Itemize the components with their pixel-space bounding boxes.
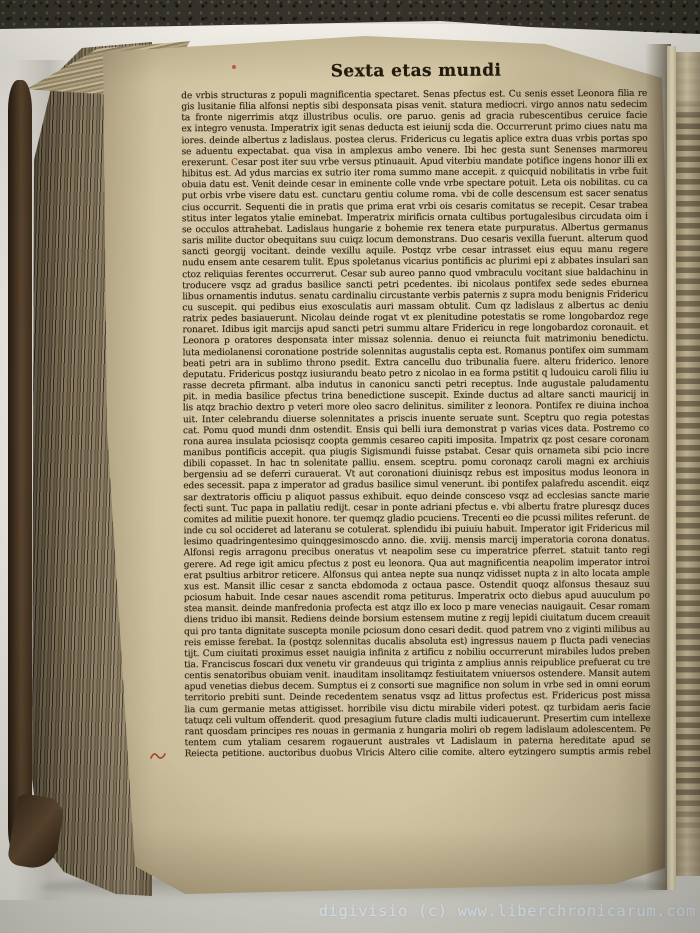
body-text: de vrbis structuras z populi magnificent… (181, 89, 650, 761)
digitizer-watermark: digivisio (c) www.liberchronicarum.com (319, 902, 696, 920)
recto-page-text-edge (676, 52, 700, 876)
leather-spine (8, 80, 32, 858)
rubricated-capital: C (231, 158, 238, 168)
photo-of-open-incunabulum: { "scene": { "watermark": "digivisio (c)… (0, 0, 700, 933)
red-ink-speck (232, 65, 236, 69)
curled-page-edge (667, 46, 676, 890)
page-header: Sexta etas mundi (183, 60, 649, 82)
red-ink-margin-mark (150, 747, 168, 766)
